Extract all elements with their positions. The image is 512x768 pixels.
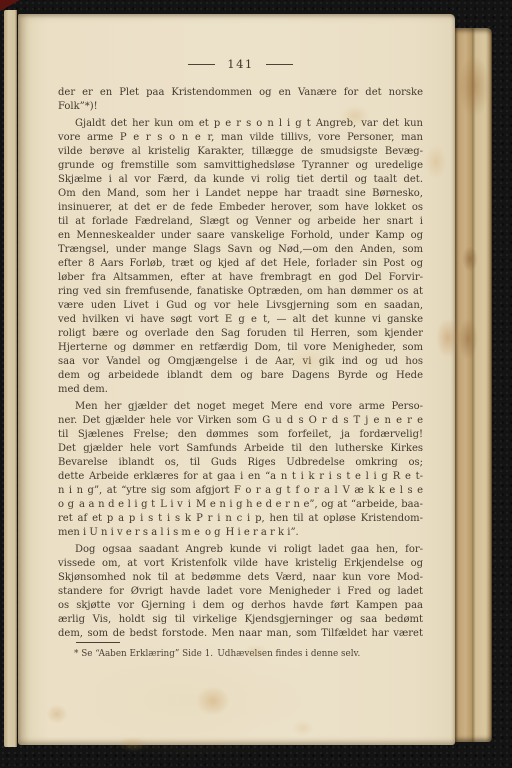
- text-line: løber fra Altsammen, efter at have fremb…: [58, 271, 423, 285]
- text-line: ner. Det gjælder hele vor Virken som G u…: [58, 414, 423, 428]
- text-line: vilde berøve al kristelig Karakter, till…: [58, 145, 423, 159]
- text-line: Men her gjælder det noget meget Mere end…: [58, 400, 423, 414]
- text-line: Skjønsomhed nok til at bedømme dets Værd…: [58, 571, 423, 585]
- header-rule-right: [266, 64, 293, 65]
- text-line: ved hvilken vi have søgt vort E g e t, —…: [58, 313, 423, 327]
- text-line: Dog ogsaa saadant Angreb kunde vi roligt…: [58, 543, 423, 557]
- text-line: men i U n i v e r s a l i s m e o g H i …: [58, 526, 423, 540]
- text-line: være uden Livet i Gud og vor hele Livsgj…: [58, 299, 423, 313]
- text-line: Trængsel, under mange Slags Savn og Nød,…: [58, 243, 423, 257]
- footnote-text: * Se “Aaben Erklæring” Side 1. Udhævelse…: [74, 649, 423, 660]
- page-block-edge: [455, 28, 492, 742]
- text-line: saa vor Vandel og Omgjængelse i de Aar, …: [58, 355, 423, 369]
- text-line: Folk”*)!: [58, 100, 423, 114]
- text-line: med dem.: [58, 383, 423, 397]
- text-line: en Menneskealder under saare vanskelige …: [58, 229, 423, 243]
- text-line: grunde og fremstille som samvittighedslø…: [58, 159, 423, 173]
- text-line: Gjaldt det her kun om et p e r s o n l i…: [58, 117, 423, 131]
- footnote: * Se “Aaben Erklæring” Side 1. Udhævelse…: [58, 642, 423, 660]
- text-line: ærlig Vis, holdt sig til virkelige Kjend…: [58, 613, 423, 627]
- text-line: vore arme P e r s o n e r, man vilde til…: [58, 131, 423, 145]
- page-number: 141: [227, 58, 253, 70]
- text-line: Hjerterne og dømmer en retfærdig Dom, ti…: [58, 341, 423, 355]
- text-line: vissede om, at vort Kristenfolk vilde ha…: [58, 557, 423, 571]
- footnote-rule: [76, 642, 120, 643]
- text-line: efter 8 Aars Forløb, træt og kjed af det…: [58, 257, 423, 271]
- text-line: dem og arbeidede iblandt dem og bare Dag…: [58, 369, 423, 383]
- text-line: os skjøtte vor Gjerning i dem og derhos …: [58, 599, 423, 613]
- text-line: dem, som de bedst forstode. Men naar man…: [58, 627, 423, 641]
- text-line: Skjælme i al vor Færd, da kunde vi rolig…: [58, 173, 423, 187]
- paragraph: Men her gjælder det noget meget Mere end…: [58, 400, 423, 540]
- page-text: der er en Plet paa Kristendommen og en V…: [58, 86, 423, 641]
- header-rule-left: [188, 64, 215, 65]
- text-line: n i n g”, at “ytre sig som afgjort F o r…: [58, 484, 423, 498]
- text-line: til at forlade Fædreland, Slægt og Venne…: [58, 215, 423, 229]
- text-line: roligt bære og overlade den Sag foruden …: [58, 327, 423, 341]
- paragraph: der er en Plet paa Kristendommen og en V…: [58, 86, 423, 114]
- text-line: Det gjælder hele vort Samfunds Arbeide t…: [58, 442, 423, 456]
- text-line: insinuerer, at det er de fede Embeder he…: [58, 201, 423, 215]
- text-line: o g a a n d e l i g t L i v i M e n i g …: [58, 498, 423, 512]
- book-scan: 141 der er en Plet paa Kristendommen og …: [0, 0, 512, 768]
- text-line: ret af et p a p i s t i s k P r i n c i …: [58, 512, 423, 526]
- text-line: standere for Øvrigt havde ladet vore Men…: [58, 585, 423, 599]
- paragraph: Dog ogsaa saadant Angreb kunde vi roligt…: [58, 543, 423, 641]
- text-line: ring ved sin fremfusende, fanatiske Optr…: [58, 285, 423, 299]
- text-line: dette Arbeide erklæres for at gaa i en “…: [58, 470, 423, 484]
- text-line: der er en Plet paa Kristendommen og en V…: [58, 86, 423, 100]
- book-page: 141 der er en Plet paa Kristendommen og …: [18, 14, 455, 745]
- left-page-edge: [4, 10, 17, 747]
- page-header: 141: [58, 58, 423, 70]
- text-line: til Sjælenes Frelse; den dømmes som forf…: [58, 428, 423, 442]
- text-line: Bevarelse iblandt os, til Guds Riges Udb…: [58, 456, 423, 470]
- text-line: Om den Mand, som her i Landet neppe har …: [58, 187, 423, 201]
- paragraph: Gjaldt det her kun om et p e r s o n l i…: [58, 117, 423, 397]
